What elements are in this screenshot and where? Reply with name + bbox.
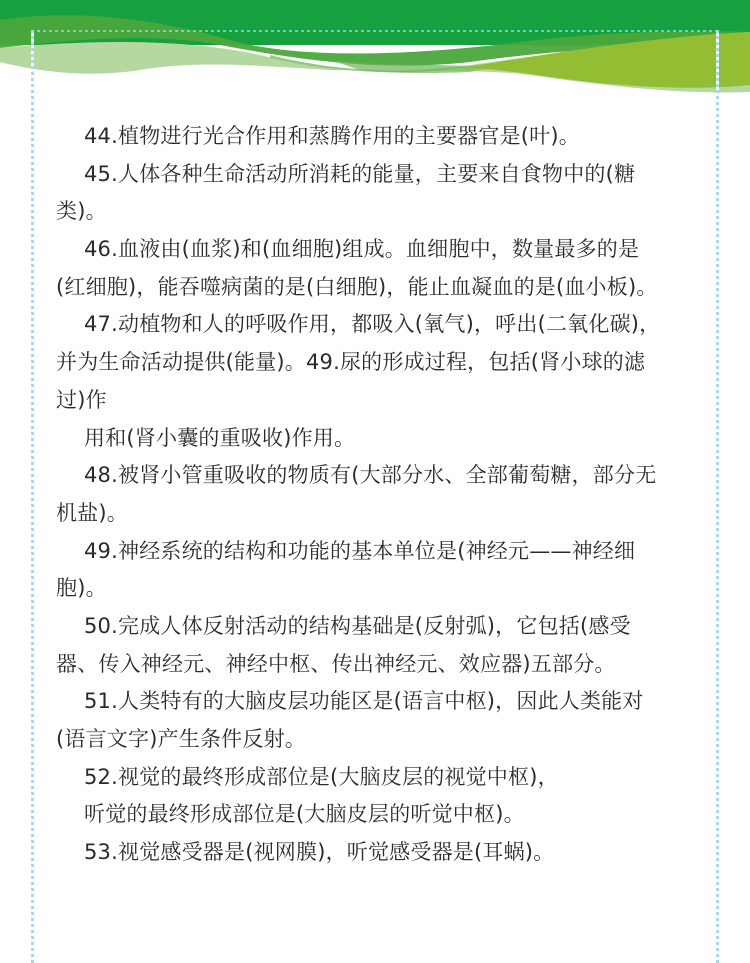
paragraph-53-line-1: 53.视觉感受器是(视网膜)，听觉感受器是(耳蜗)。 — [56, 834, 696, 872]
paragraph-45-line-2: 类)。 — [56, 193, 696, 231]
paragraph-50-line-1: 50.完成人体反射活动的结构基础是(反射弧)，它包括(感受 — [56, 608, 696, 646]
paragraph-48-line-2: 机盐)。 — [56, 495, 696, 533]
paragraph-52-line-2: 听觉的最终形成部位是(大脑皮层的听觉中枢)。 — [56, 796, 696, 834]
paragraph-51-line-1: 51.人类特有的大脑皮层功能区是(语言中枢)，因此人类能对 — [56, 683, 696, 721]
document-body: 44.植物进行光合作用和蒸腾作用的主要器官是(叶)。 45.人体各种生命活动所消… — [56, 118, 696, 872]
frame-left-border — [31, 30, 34, 963]
paragraph-46-line-2: (红细胞)，能吞噬病菌的是(白细胞)，能止血凝血的是(血小板)。 — [56, 269, 696, 307]
paragraph-48-line-1: 48.被肾小管重吸收的物质有(大部分水、全部葡萄糖，部分无 — [56, 457, 696, 495]
paragraph-51-line-2: (语言文字)产生条件反射。 — [56, 721, 696, 759]
paragraph-47-line-1: 47.动植物和人的呼吸作用，都吸入(氧气)，呼出(二氧化碳)， — [56, 306, 696, 344]
paragraph-49-line-2: 胞)。 — [56, 570, 696, 608]
frame-right-border — [716, 30, 719, 963]
paragraph-52-line-1: 52.视觉的最终形成部位是(大脑皮层的视觉中枢)， — [56, 759, 696, 797]
header-wave-banner — [0, 0, 750, 95]
paragraph-47-line-3: 过)作 — [56, 382, 696, 420]
paragraph-46-line-1: 46.血液由(血浆)和(血细胞)组成。血细胞中，数量最多的是 — [56, 231, 696, 269]
frame-top-border — [31, 30, 719, 32]
paragraph-44-line-1: 44.植物进行光合作用和蒸腾作用的主要器官是(叶)。 — [56, 118, 696, 156]
paragraph-50-line-2: 器、传入神经元、神经中枢、传出神经元、效应器)五部分。 — [56, 646, 696, 684]
paragraph-47-line-2: 并为生命活动提供(能量)。49.尿的形成过程，包括(肾小球的滤 — [56, 344, 696, 382]
paragraph-45-line-1: 45.人体各种生命活动所消耗的能量，主要来自食物中的(糖 — [56, 156, 696, 194]
paragraph-49-line-1: 49.神经系统的结构和功能的基本单位是(神经元——神经细 — [56, 533, 696, 571]
paragraph-47-line-4: 用和(肾小囊的重吸收)作用。 — [56, 420, 696, 458]
